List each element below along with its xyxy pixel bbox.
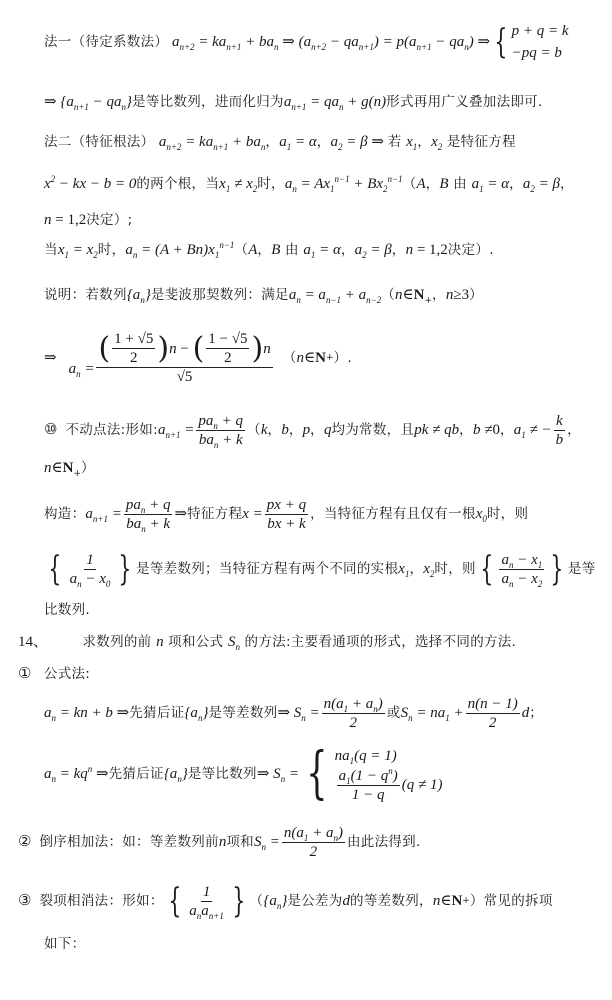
method2-line2: x2 − kx − b = 0的两个根，当x1 ≠ x2时，an = Ax1n−… <box>44 174 574 194</box>
item10-line2: n∈N+） <box>44 458 95 478</box>
fibonacci-note: 说明：若数列{an}是斐波那契数列：满足an = an−1 + an−2（n∈N… <box>44 285 483 305</box>
item10-marker: ⑩ <box>44 420 57 440</box>
method1-recurrence: an+2 = kan+1 + ban ⇒ (an+2 − qan+1) = p(… <box>168 32 490 52</box>
item1-arith: an = kn + b ⇒ 先猜后证 {an} 是等差数列 ⇒ Sn = n(a… <box>44 690 543 736</box>
item2: ② 倒序相加法：如：等差数列前 n 项和 Sn = n(a1 + an)2 由此… <box>18 820 421 864</box>
item1-geom: an = kqn ⇒ 先猜后证 {an} 是等比数列 ⇒ Sn = { na1(… <box>44 738 443 810</box>
item1-heading: ① 公式法: <box>18 664 90 684</box>
method2-line3: n = 1,2决定）; <box>44 210 132 230</box>
item10-tail: 比数列. <box>44 600 90 620</box>
section14-number: 14、 <box>18 634 48 650</box>
item10-sequences: { 1an − x0 } 是等差数列；当特征方程有两个不同的实根 x1，x2 时… <box>44 544 596 594</box>
item10-line1: ⑩ 不动点法:形如: an+1 = pan + qban + k （k，b，p，… <box>44 408 581 452</box>
section14-title: 14、 求数列的前 n 项和公式 Sn 的方法:主要看通项的形式，选择不同的方法… <box>18 632 516 652</box>
method1-label: 法一（待定系数法） <box>44 32 168 52</box>
method2-line4: 当x1 = x2时，an = (A + Bn)x1n−1（A，B 由 a1 = … <box>44 240 494 260</box>
item3-tail: 如下： <box>44 934 85 954</box>
item10-construct: 构造： an+1 = pan + qban + k ⇒特征方程 x = px +… <box>44 492 528 536</box>
method1-system: { p + q = k −pq = b <box>490 20 569 64</box>
method1-conclusion: ⇒ {an+1 − qan}是等比数列，进而化归为an+1 = qan + g(… <box>44 92 543 112</box>
method1-line: 法一（待定系数法） an+2 = kan+1 + ban ⇒ (an+2 − q… <box>44 22 569 62</box>
item3: ③ 裂项相消法：形如： { 1anan+1 } （{an} 是公差为 d 的等差… <box>18 876 553 926</box>
method2-line1: 法二（特征根法） an+2 = kan+1 + ban，a1 = α，a2 = … <box>44 132 516 152</box>
fibonacci-formula: ⇒ an = (1 + √52)n − (1 − √52)n √5 （n∈N+）… <box>44 328 352 388</box>
